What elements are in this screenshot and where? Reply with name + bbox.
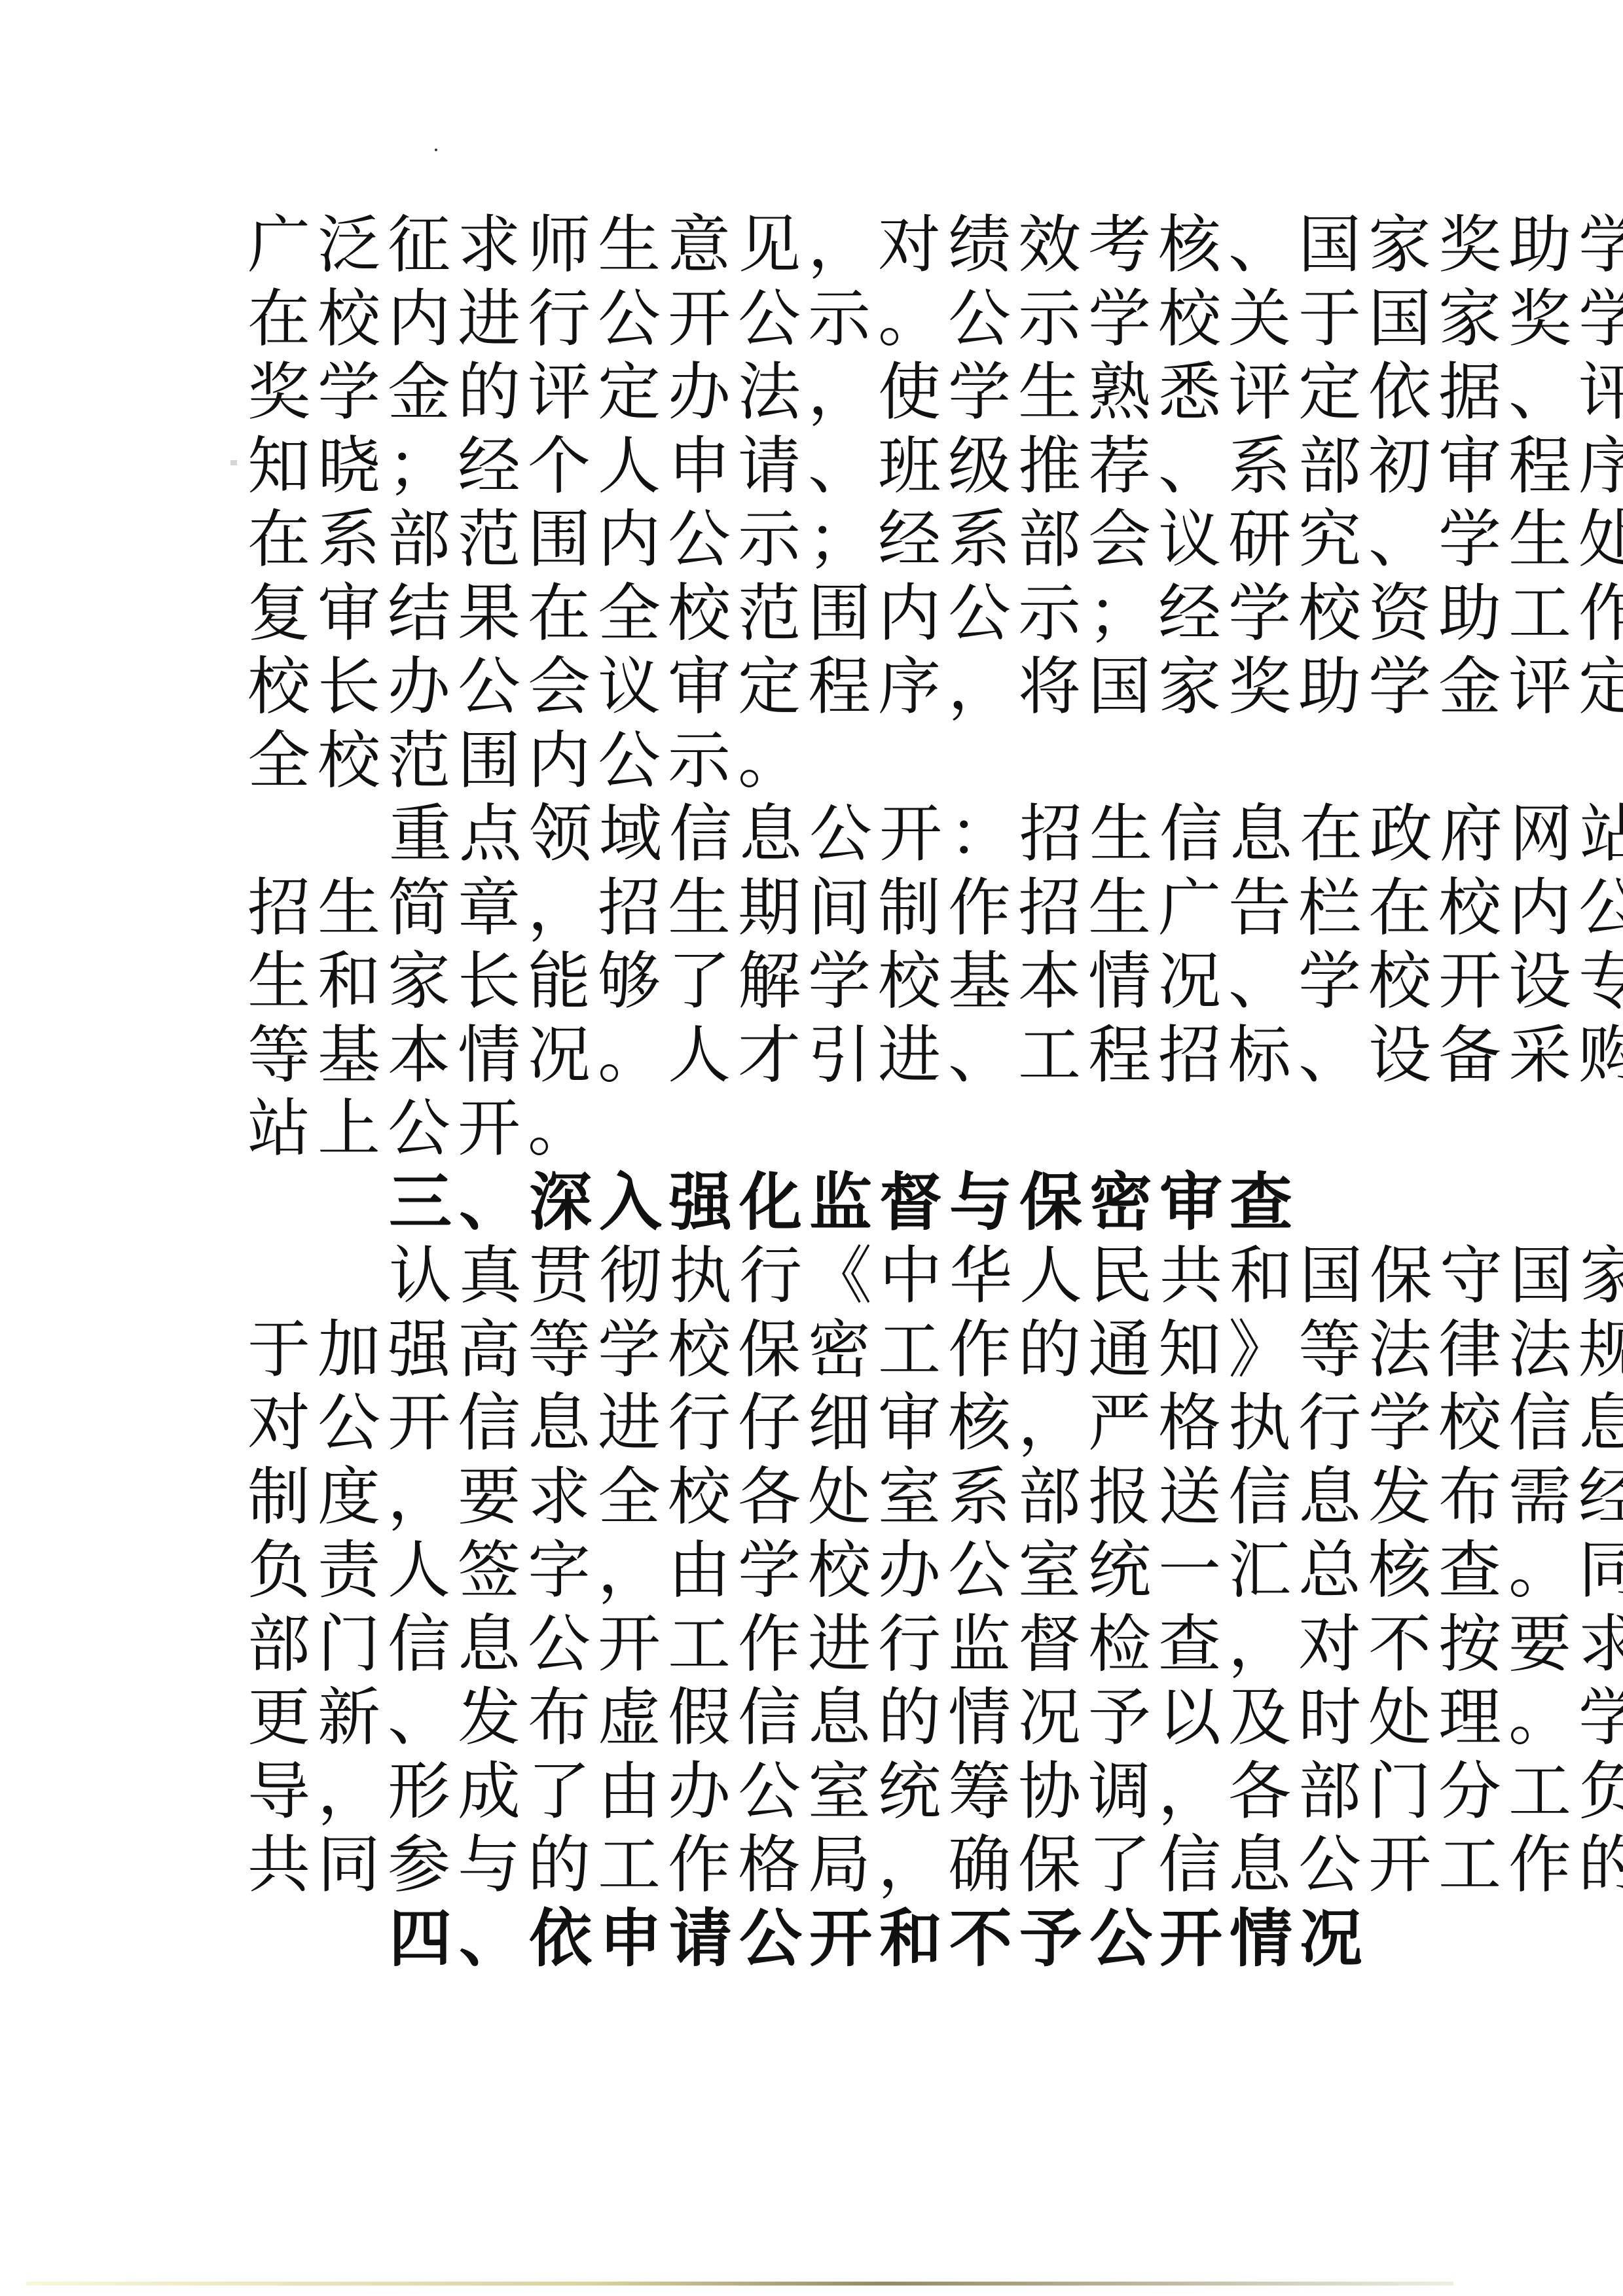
scan-bottom-edge	[26, 2282, 1453, 2286]
text-line: 复审结果在全校范围内公示；经学校资助工作领导组联审、	[247, 577, 1387, 651]
text-line: 认真贯彻执行《中华人民共和国保守国家秘密法》、《关	[247, 1239, 1387, 1313]
scan-artifact-dot	[435, 149, 437, 151]
text-line: 知晓；经个人申请、班级推荐、系部初审程序，将初审结果	[247, 429, 1387, 503]
text-line: 共同参与的工作格局，确保了信息公开工作的有效开展。	[247, 1828, 1387, 1902]
text-line: 生和家长能够了解学校基本情况、学校开设专业、招生计划	[247, 944, 1387, 1018]
text-line: 在系部范围内公示；经系部会议研究、学生处复审程序，将	[247, 503, 1387, 577]
text-line: 导，形成了由办公室统筹协调，各部门分工负责，全体师生	[247, 1755, 1387, 1829]
text-line: 招生简章，招生期间制作招生广告栏在校内公开，使广大考	[247, 871, 1387, 945]
paragraph-supervision-confidentiality: 认真贯彻执行《中华人民共和国保守国家秘密法》、《关 于加强高等学校保密工作的通知…	[247, 1239, 1387, 1902]
text-line: 重点领域信息公开：招生信息在政府网站上公开，印制	[247, 797, 1387, 871]
scan-artifact-mark	[230, 460, 237, 465]
text-line: 对公开信息进行仔细审核，严格执行学校信息发布保密审查	[247, 1386, 1387, 1460]
document-page: 广泛征求师生意见，对绩效考核、国家奖助学金评定等工作 在校内进行公开公示。公示学…	[0, 0, 1623, 2296]
paragraph-key-areas-disclosure: 重点领域信息公开：招生信息在政府网站上公开，印制 招生简章，招生期间制作招生广告…	[247, 797, 1387, 1166]
section-heading-4: 四、依申请公开和不予公开情况	[247, 1902, 1387, 1976]
text-line: 奖学金的评定办法，使学生熟悉评定依据、评定程序，人人	[247, 355, 1387, 429]
text-line: 校长办公会议审定程序，将国家奖助学金评定的最后结果在	[247, 650, 1387, 724]
document-body: 广泛征求师生意见，对绩效考核、国家奖助学金评定等工作 在校内进行公开公示。公示学…	[247, 208, 1387, 1975]
text-line: 全校范围内公示。	[247, 724, 1387, 798]
text-line: 制度，要求全校各处室系部报送信息发布需经信息发布部门	[247, 1460, 1387, 1534]
text-line: 站上公开。	[247, 1092, 1387, 1166]
section-heading-3: 三、深入强化监督与保密审查	[247, 1166, 1387, 1240]
section-title: 四、依申请公开和不予公开情况	[247, 1902, 1387, 1976]
section-title: 三、深入强化监督与保密审查	[247, 1166, 1387, 1240]
text-line: 部门信息公开工作进行监督检查，对不按要求公开、不及时	[247, 1607, 1387, 1681]
paragraph-scholarship-publicity: 广泛征求师生意见，对绩效考核、国家奖助学金评定等工作 在校内进行公开公示。公示学…	[247, 208, 1387, 797]
text-line: 更新、发布虚假信息的情况予以及时处理。学校加强组织领	[247, 1681, 1387, 1755]
text-line: 广泛征求师生意见，对绩效考核、国家奖助学金评定等工作	[247, 208, 1387, 282]
text-line: 负责人签字，由学校办公室统一汇总核查。同时，学校对各	[247, 1534, 1387, 1607]
text-line: 等基本情况。人才引进、工程招标、设备采购信息在政府网	[247, 1018, 1387, 1092]
text-line: 于加强高等学校保密工作的通知》等法律法规和文件精神，	[247, 1313, 1387, 1387]
text-line: 在校内进行公开公示。公示学校关于国家奖学金、国家励志	[247, 282, 1387, 356]
